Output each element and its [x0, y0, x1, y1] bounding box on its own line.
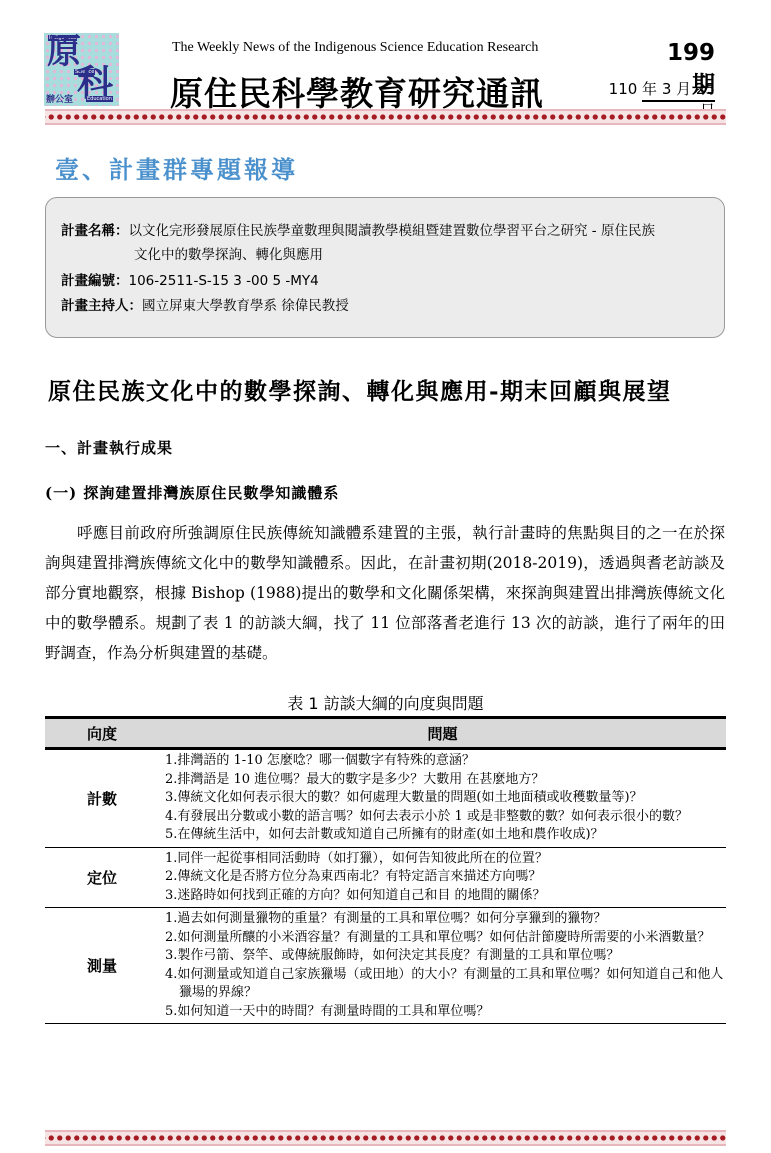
question-item: 1.過去如何測量獵物的重量？有測量的工具和單位嗎？如何分享獵到的獵物？ [165, 910, 726, 929]
paragraph-text: 呼應目前政府所強調原住民族傳統知識體系建置的主張，執行計畫時的焦點與目的之一在於… [45, 518, 725, 668]
question-item: 2.傳統文化是否將方位分為東西南北？有特定語言來描述方向嗎？ [165, 868, 726, 887]
decorative-border-top [45, 109, 726, 125]
logo-tag-education: Education [86, 96, 113, 102]
question-item: 4.有發展出分數或小數的語言嗎？如何去表示小於 1 或是非整數的數？如何表示很小… [165, 808, 726, 827]
question-item: 3.製作弓箭、祭竿、或傳統服飾時，如何決定其長度？有測量的工具和單位嗎？ [165, 947, 726, 966]
project-name-row: 計畫名稱：以文化完形發展原住民族學童數理與閱讀教學模組暨建置數位學習平台之研究 … [61, 220, 655, 242]
table-row-positioning: 定位 1.同伴一起從事相同活動時（如打獵），如何告知彼此所在的位置？ 2.傳統文… [45, 847, 726, 908]
table-header-row: 向度 問題 [45, 718, 726, 749]
interview-outline-table: 向度 問題 計數 1.排灣語的 1-10 怎麼唸？哪一個數字有特殊的意涵？ 2.… [45, 716, 726, 1024]
question-item: 4.如何測量或知道自己家族獵場（或田地）的大小？有測量的工具和單位嗎？如何知道自… [165, 966, 726, 1003]
question-item: 2.如何測量所釀的小米酒容量？有測量的工具和單位嗎？如何估計節慶時所需要的小米酒… [165, 929, 726, 948]
question-item: 3.傳統文化如何表示很大的數？如何處理大數量的問題(如土地面積或收穫數量等)？ [165, 789, 726, 808]
logo-office: 辦公室 [46, 92, 73, 105]
question-item: 3.迷路時如何找到正確的方向？如何知道自己和目 的地間的關係？ [165, 887, 726, 906]
project-name-value: 以文化完形發展原住民族學童數理與閱讀教學模組暨建置數位學習平台之研究 - 原住民… [129, 223, 655, 239]
dimension-cell: 定位 [45, 847, 159, 908]
project-number-value: 106-2511-S-15 3 -00 5 -MY4 [129, 273, 319, 289]
section-heading: 壹、計畫群專題報導 [55, 150, 298, 185]
dimension-cell: 測量 [45, 908, 159, 1024]
english-title: The Weekly News of the Indigenous Scienc… [172, 40, 538, 56]
project-name-label: 計畫名稱： [61, 223, 129, 239]
project-number-label: 計畫編號： [61, 273, 129, 289]
question-item: 2.排灣語是 10 進位嗎？最大的數字是多少？大數用 在甚麼地方？ [165, 771, 726, 790]
question-item: 1.同伴一起從事相同活動時（如打獵），如何告知彼此所在的位置？ [165, 850, 726, 869]
dimension-cell: 計數 [45, 749, 159, 848]
questions-cell: 1.排灣語的 1-10 怎麼唸？哪一個數字有特殊的意涵？ 2.排灣語是 10 進… [159, 749, 726, 848]
article-title: 原住民族文化中的數學探詢、轉化與應用-期末回顧與展望 [48, 373, 672, 406]
decorative-border-bottom [45, 1130, 726, 1146]
subheading-knowledge-system: (一) 探詢建置排灣族原住民數學知識體系 [45, 482, 339, 503]
project-number-row: 計畫編號：106-2511-S-15 3 -00 5 -MY4 [61, 270, 319, 292]
newsletter-logo: Indigenous 原 Science 科 Education 辦公室 [44, 33, 119, 106]
header-questions: 問題 [159, 718, 726, 749]
logo-char-yuan: 原 [47, 33, 81, 71]
table-row-measuring: 測量 1.過去如何測量獵物的重量？有測量的工具和單位嗎？如何分享獵到的獵物？ 2… [45, 908, 726, 1024]
question-item: 5.在傳統生活中，如何去計數或知道自己所擁有的財產(如土地和農作收成)？ [165, 826, 726, 845]
project-info-box: 計畫名稱：以文化完形發展原住民族學童數理與閱讀教學模組暨建置數位學習平台之研究 … [45, 197, 725, 338]
question-item: 5.如何知道一天中的時間？有測量時間的工具和單位嗎？ [165, 1003, 726, 1022]
project-pi-label: 計畫主持人： [61, 298, 142, 314]
project-pi-row: 計畫主持人：國立屏東大學教育學系 徐偉民教授 [61, 295, 349, 317]
header-dimension: 向度 [45, 718, 159, 749]
table-caption: 表 1 訪談大綱的向度與問題 [0, 691, 771, 714]
subheading-results: 一、計畫執行成果 [45, 437, 173, 458]
chinese-title: 原住民科學教育研究通訊 [170, 68, 544, 115]
question-item: 1.排灣語的 1-10 怎麼唸？哪一個數字有特殊的意涵？ [165, 752, 726, 771]
questions-cell: 1.過去如何測量獵物的重量？有測量的工具和單位嗎？如何分享獵到的獵物？ 2.如何… [159, 908, 726, 1024]
project-pi-value: 國立屏東大學教育學系 徐偉民教授 [142, 298, 349, 314]
table-row-counting: 計數 1.排灣語的 1-10 怎麼唸？哪一個數字有特殊的意涵？ 2.排灣語是 1… [45, 749, 726, 848]
project-name-continued: 文化中的數學探詢、轉化與應用 [134, 244, 323, 266]
questions-cell: 1.同伴一起從事相同活動時（如打獵），如何告知彼此所在的位置？ 2.傳統文化是否… [159, 847, 726, 908]
body-paragraph: 呼應目前政府所強調原住民族傳統知識體系建置的主張，執行計畫時的焦點與目的之一在於… [45, 518, 725, 668]
